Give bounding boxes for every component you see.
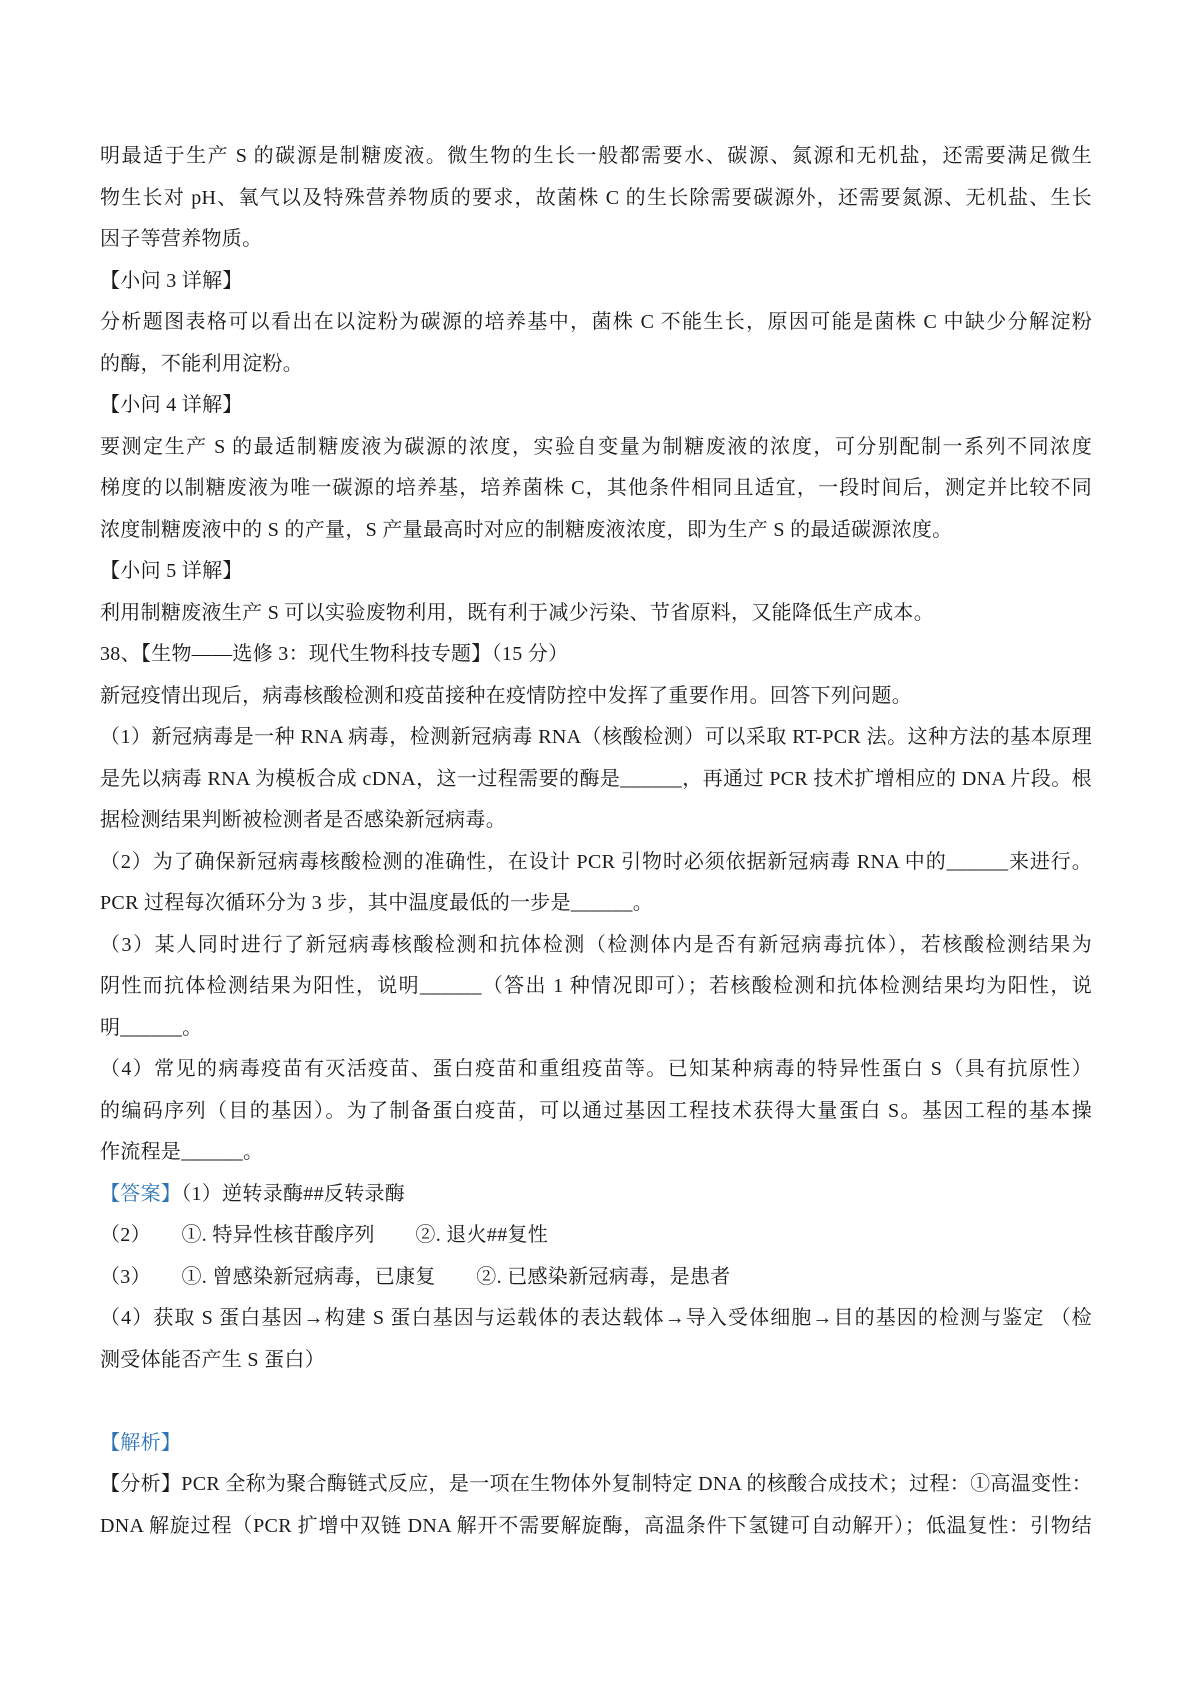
answer-line-4: （4）获取 S 蛋白基因→构建 S 蛋白基因与运载体的表达载体→导入受体细胞→目… [100, 1298, 1092, 1340]
body-line: 浓度制糖废液中的 S 的产量，S 产量最高时对应的制糖废液浓度，即为生产 S 的… [100, 510, 1092, 552]
body-line: 物生长对 pH、氧气以及特殊营养物质的要求，故菌株 C 的生长除需要碳源外，还需… [100, 178, 1092, 220]
body-line: 的编码序列（目的基因）。为了制备蛋白疫苗，可以通过基因工程技术获得大量蛋白 S。… [100, 1091, 1092, 1133]
body-line: 是先以病毒 RNA 为模板合成 cDNA，这一过程需要的酶是______，再通过… [100, 759, 1092, 801]
question-part-1: （1）新冠病毒是一种 RNA 病毒，检测新冠病毒 RNA（核酸检测）可以采取 R… [100, 717, 1092, 759]
body-line: 【分析】PCR 全称为聚合酶链式反应，是一项在生物体外复制特定 DNA 的核酸合… [100, 1464, 1092, 1506]
document-body: 明最适于生产 S 的碳源是制糖废液。微生物的生长一般都需要水、碳源、氮源和无机盐… [100, 136, 1092, 1547]
answer-line-3: （3） ①. 曾感染新冠病毒，已康复 ②. 已感染新冠病毒，是患者 [100, 1257, 1092, 1299]
body-line: 阴性而抗体检测结果为阳性，说明______（答出 1 种情况即可）；若核酸检测和… [100, 966, 1092, 1008]
question-part-2: （2）为了确保新冠病毒核酸检测的准确性，在设计 PCR 引物时必须依据新冠病毒 … [100, 842, 1092, 884]
question-part-4: （4）常见的病毒疫苗有灭活疫苗、蛋白疫苗和重组疫苗等。已知某种病毒的特异性蛋白 … [100, 1049, 1092, 1091]
answer-1-text: （1）逆转录酶##反转录酶 [181, 1183, 405, 1205]
body-line: 的酶，不能利用淀粉。 [100, 344, 1092, 386]
body-line: 新冠疫情出现后，病毒核酸检测和疫苗接种在疫情防控中发挥了重要作用。回答下列问题。 [100, 676, 1092, 718]
body-line: 要测定生产 S 的最适制糖废液为碳源的浓度，实验自变量为制糖废液的浓度，可分别配… [100, 427, 1092, 469]
document-page: 明最适于生产 S 的碳源是制糖废液。微生物的生长一般都需要水、碳源、氮源和无机盐… [0, 0, 1200, 1698]
body-line: PCR 过程每次循环分为 3 步，其中温度最低的一步是______。 [100, 883, 1092, 925]
subquestion-3-heading: 【小问 3 详解】 [100, 261, 1092, 303]
blank-line [100, 1381, 1092, 1423]
body-line: 作流程是______。 [100, 1132, 1092, 1174]
body-line: 分析题图表格可以看出在以淀粉为碳源的培养基中，菌株 C 不能生长，原因可能是菌株… [100, 302, 1092, 344]
subquestion-5-heading: 【小问 5 详解】 [100, 551, 1092, 593]
question-part-3: （3）某人同时进行了新冠病毒核酸检测和抗体检测（检测体内是否有新冠病毒抗体），若… [100, 925, 1092, 967]
body-line: DNA 解旋过程（PCR 扩增中双链 DNA 解开不需要解旋酶，高温条件下氢键可… [100, 1506, 1092, 1548]
body-line: 测受体能否产生 S 蛋白） [100, 1340, 1092, 1382]
body-line: 利用制糖废液生产 S 可以实验废物利用，既有利于减少污染、节省原料，又能降低生产… [100, 593, 1092, 635]
answer-line-2: （2） ①. 特异性核苷酸序列 ②. 退火##复性 [100, 1215, 1092, 1257]
answer-line-1: 【答案】（1）逆转录酶##反转录酶 [100, 1174, 1092, 1216]
body-line: 因子等营养物质。 [100, 219, 1092, 261]
subquestion-4-heading: 【小问 4 详解】 [100, 385, 1092, 427]
body-line: 梯度的以制糖废液为唯一碳源的培养基，培养菌株 C，其他条件相同且适宜，一段时间后… [100, 468, 1092, 510]
body-line: 据检测结果判断被检测者是否感染新冠病毒。 [100, 800, 1092, 842]
body-line: 明______。 [100, 1008, 1092, 1050]
analysis-label: 【解析】 [100, 1423, 1092, 1465]
answer-label: 【答案】 [100, 1183, 181, 1205]
question-38-heading: 38、【生物——选修 3：现代生物科技专题】（15 分） [100, 634, 1092, 676]
body-line: 明最适于生产 S 的碳源是制糖废液。微生物的生长一般都需要水、碳源、氮源和无机盐… [100, 136, 1092, 178]
